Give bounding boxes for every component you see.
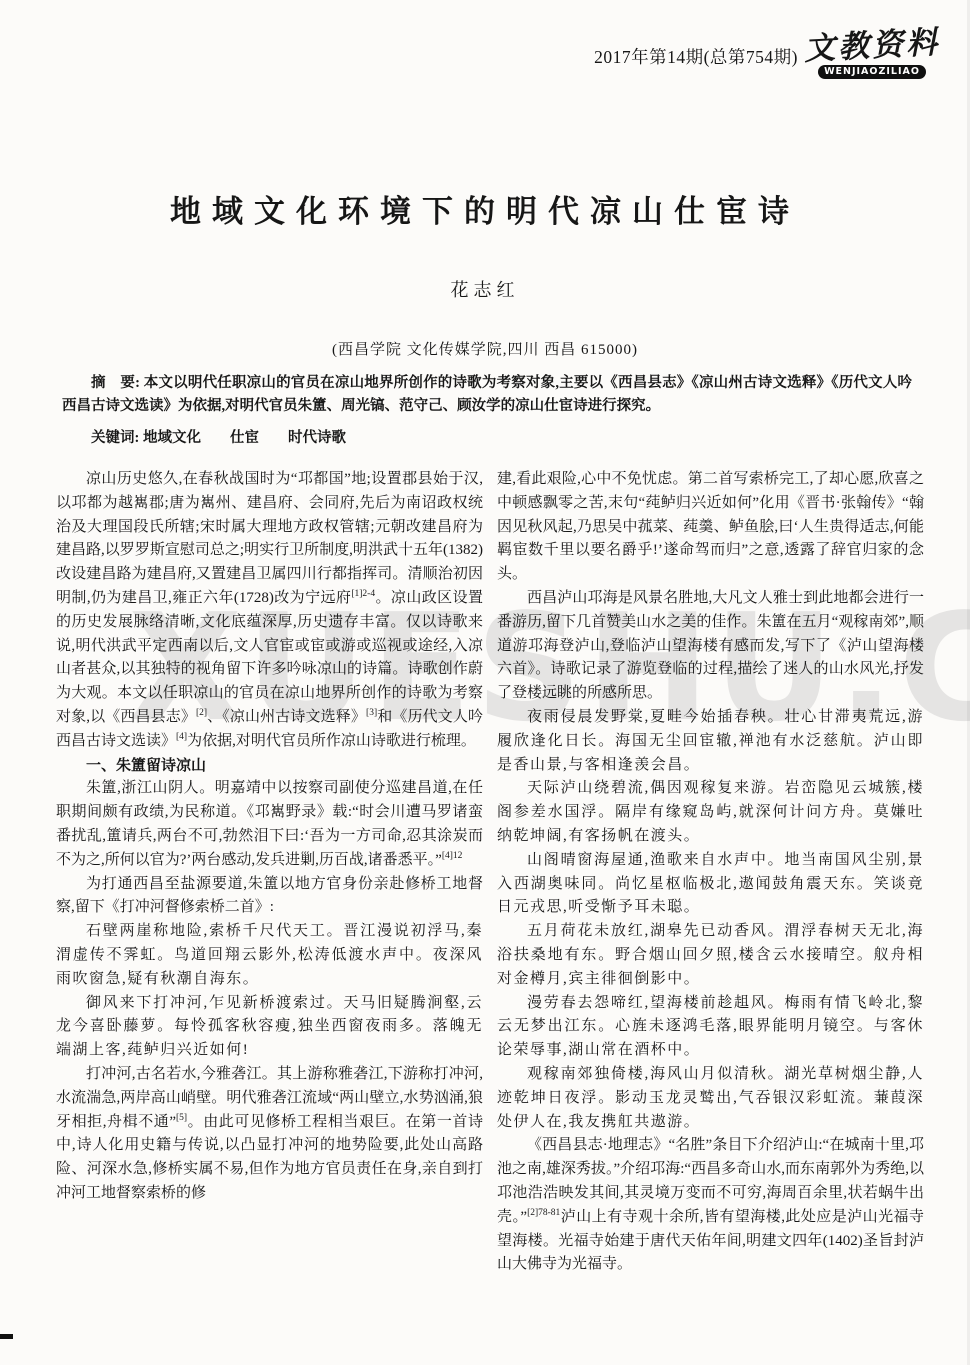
left-column: 凉山历史悠久,在春秋战国时为“邛都国”地;设置郡县始于汉,以邛都为越嶲郡;唐为嶲… bbox=[56, 468, 483, 1277]
journal-logo-badge: WENJIAOZILIAO bbox=[818, 65, 926, 79]
abstract-section: 摘 要: 本文以明代任职凉山的官员在凉山地界所创作的诗歌为考察对象,主要以《西昌… bbox=[62, 372, 912, 450]
body-paragraph: 西昌泸山邛海是风景名胜地,大凡文人雅士到此地都会进行一番游历,留下几首赞美山水之… bbox=[497, 587, 924, 706]
keywords-text: 地域文化 仕宦 时代诗歌 bbox=[143, 430, 346, 446]
article-title: 地域文化环境下的明代凉山仕宦诗 bbox=[0, 186, 970, 231]
scan-mark-artifact bbox=[0, 1334, 13, 1339]
poem-block: 夜雨侵晨发野棠,夏畦今始插春秧。壮心甘滞夷荒远,游履欣逢化日长。海国无尘回宦辙,… bbox=[497, 706, 924, 777]
body-paragraph: 《西昌县志·地理志》“名胜”条目下介绍泸山:“在城南十里,邛池之南,雄深秀拔。”… bbox=[497, 1134, 924, 1277]
poem-block: 山阁晴窗海屋通,渔歌来自水声中。地当南国风尘别,景入西湖奥味同。尚忆星枢临极北,… bbox=[497, 849, 924, 920]
keywords-label: 关键词: bbox=[91, 430, 143, 446]
abstract-text: 本文以明代任职凉山的官员在凉山地界所创作的诗歌为考察对象,主要以《西昌县志》《凉… bbox=[62, 375, 912, 414]
poem-block: 观稼南郊独倚楼,海风山月似清秋。湖光草树烟尘静,人迹乾坤日夜浮。影动玉龙灵鹫出,… bbox=[497, 1063, 924, 1134]
body-paragraph: 打冲河,古名若水,今雅砻江。其上游称雅砻江,下游称打冲河,水流湍急,两岸高山峭壁… bbox=[56, 1063, 483, 1206]
poem-block: 五月荷花未放红,湖皋先已动香风。渭浮春树天无北,海浴扶桑地有东。野合烟山回夕照,… bbox=[497, 920, 924, 991]
issue-info: 2017年第14期(总第754期) bbox=[594, 44, 798, 69]
article-affiliation: (西昌学院 文化传媒学院,四川 西昌 615000) bbox=[0, 338, 970, 359]
poem-block: 漫劳春去怨啼红,望海楼前趁趄风。梅雨有情飞岭北,黎云无梦出江东。心旌未逐鸿毛落,… bbox=[497, 992, 924, 1063]
two-column-body: 凉山历史悠久,在春秋战国时为“邛都国”地;设置郡县始于汉,以邛都为越嶲郡;唐为嶲… bbox=[56, 468, 924, 1277]
poem-block: 石壁两崖称地险,索桥千尺代天工。晋江漫说初浮马,秦渭虚传不霁虹。鸟道回翔云影外,… bbox=[56, 920, 483, 991]
right-column: 建,看此艰险,心中不免忧虑。第二首写索桥完工,了却心愿,欣喜之中顿感飘零之苦,末… bbox=[497, 468, 924, 1277]
body-paragraph: 朱簠,浙江山阴人。明嘉靖中以按察司副使分巡建昌道,在任职期间颇有政绩,为民称道。… bbox=[56, 777, 483, 872]
abstract-label: 摘 要: bbox=[91, 375, 144, 391]
poem-block: 天际泸山绕碧流,偶因观稼复来游。岩峦隐见云城簇,楼阁参差水国浮。隔岸有缘窥岛屿,… bbox=[497, 777, 924, 848]
body-paragraph: 凉山历史悠久,在春秋战国时为“邛都国”地;设置郡县始于汉,以邛都为越嶲郡;唐为嶲… bbox=[56, 468, 483, 754]
body-paragraph: 为打通西昌至盐源要道,朱簠以地方官身份亲赴修桥工地督察,留下《打冲河督修索桥二首… bbox=[56, 873, 483, 921]
journal-logo-text: 文教资料 bbox=[803, 26, 940, 64]
article-author: 花志红 bbox=[0, 276, 970, 302]
journal-page: XUESHU.COM 2017年第14期(总第754期) 文教资料 WENJIA… bbox=[0, 0, 970, 1365]
poem-block: 御风来下打冲河,乍见新桥渡索过。天马旧疑腾涧壑,云龙今喜卧藤萝。每怜孤客秋容瘦,… bbox=[56, 992, 483, 1063]
page-header: 2017年第14期(总第754期) 文教资料 WENJIAOZILIAO bbox=[594, 30, 940, 79]
body-paragraph: 建,看此艰险,心中不免忧虑。第二首写索桥完工,了却心愿,欣喜之中顿感飘零之苦,末… bbox=[497, 468, 924, 587]
section-heading: 一、朱簠留诗凉山 bbox=[56, 754, 483, 778]
journal-logo: 文教资料 WENJIAOZILIAO bbox=[804, 30, 940, 79]
abstract-paragraph: 摘 要: 本文以明代任职凉山的官员在凉山地界所创作的诗歌为考察对象,主要以《西昌… bbox=[62, 372, 912, 417]
keywords-paragraph: 关键词: 地域文化 仕宦 时代诗歌 bbox=[62, 427, 912, 450]
